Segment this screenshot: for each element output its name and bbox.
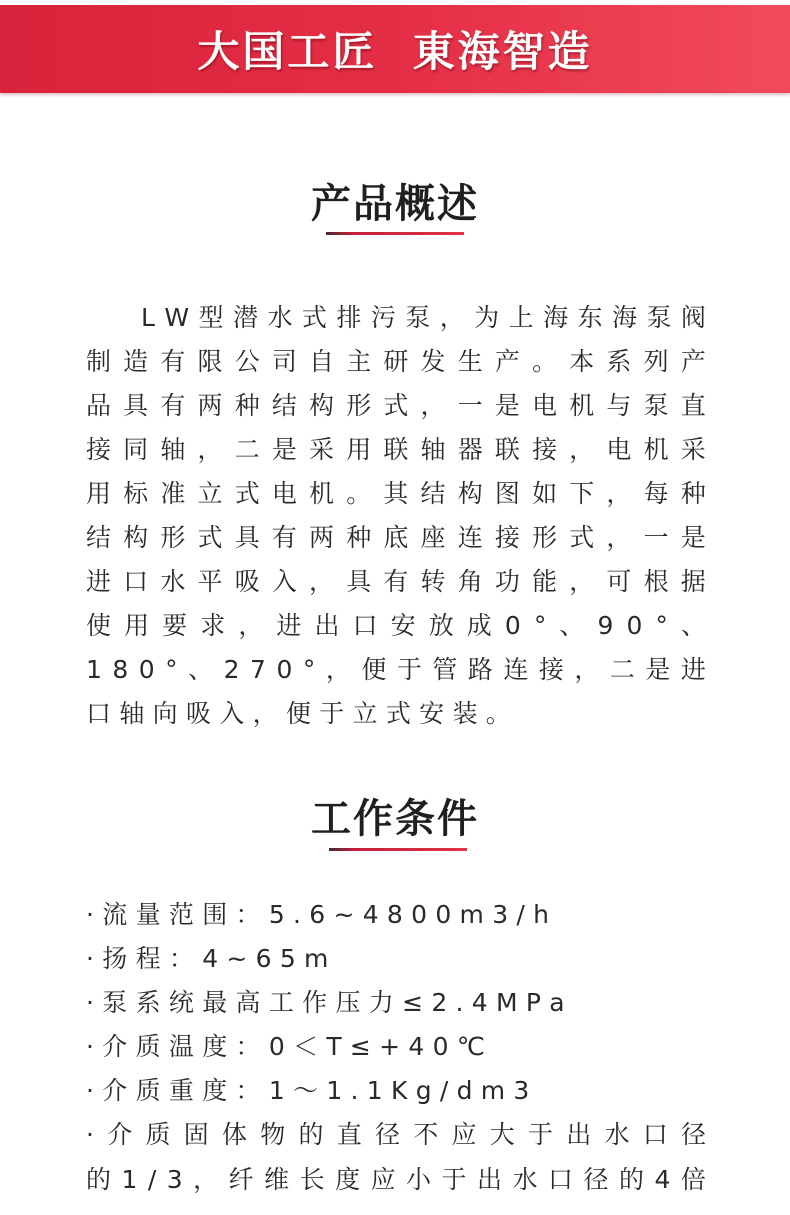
condition-item-pressure: ·泵系统最高工作压力≤2.4MPa — [86, 985, 706, 1021]
condition-item-solids-cont: 的1/3，纤维长度应小于出水口径的4倍 — [86, 1162, 706, 1198]
brand-banner: 大国工匠 東海智造 — [0, 5, 790, 93]
overview-line: 180°、270°，便于管路连接，二是进 — [86, 652, 706, 688]
overview-line: 进口水平吸入，具有转角功能，可根据 — [86, 564, 706, 600]
overview-heading: 产品概述 — [0, 172, 790, 229]
overview-line: 口轴向吸入，便于立式安装。 — [86, 696, 706, 732]
overview-line: 接同轴，二是采用联轴器联接，电机采 — [86, 432, 706, 468]
overview-line: 使用要求，进出口安放成0°、90°、 — [86, 608, 706, 644]
condition-item-temperature: ·介质温度：0＜T≤+40℃ — [86, 1029, 706, 1065]
condition-item-head: ·扬程：4~65m — [86, 941, 706, 977]
condition-item-density: ·介质重度：1～1.1Kg/dm3 — [86, 1073, 706, 1109]
condition-item-solids: ·介质固体物的直径不应大于出水口径 — [86, 1117, 706, 1153]
overview-heading-underline — [326, 232, 464, 235]
condition-item-flow: ·流量范围：5.6~4800m3/h — [86, 897, 706, 933]
overview-line: 品具有两种结构形式，一是电机与泵直 — [86, 388, 706, 424]
overview-line: 制造有限公司自主研发生产。本系列产 — [86, 344, 706, 380]
overview-line: LW型潜水式排污泵，为上海东海泵阀 — [86, 300, 706, 336]
overview-line: 结构形式具有两种底座连接形式，一是 — [86, 520, 706, 556]
conditions-heading: 工作条件 — [0, 787, 790, 844]
banner-title: 大国工匠 東海智造 — [197, 19, 592, 79]
conditions-heading-underline — [329, 848, 467, 851]
overview-line: 用标准立式电机。其结构图如下，每种 — [86, 476, 706, 512]
